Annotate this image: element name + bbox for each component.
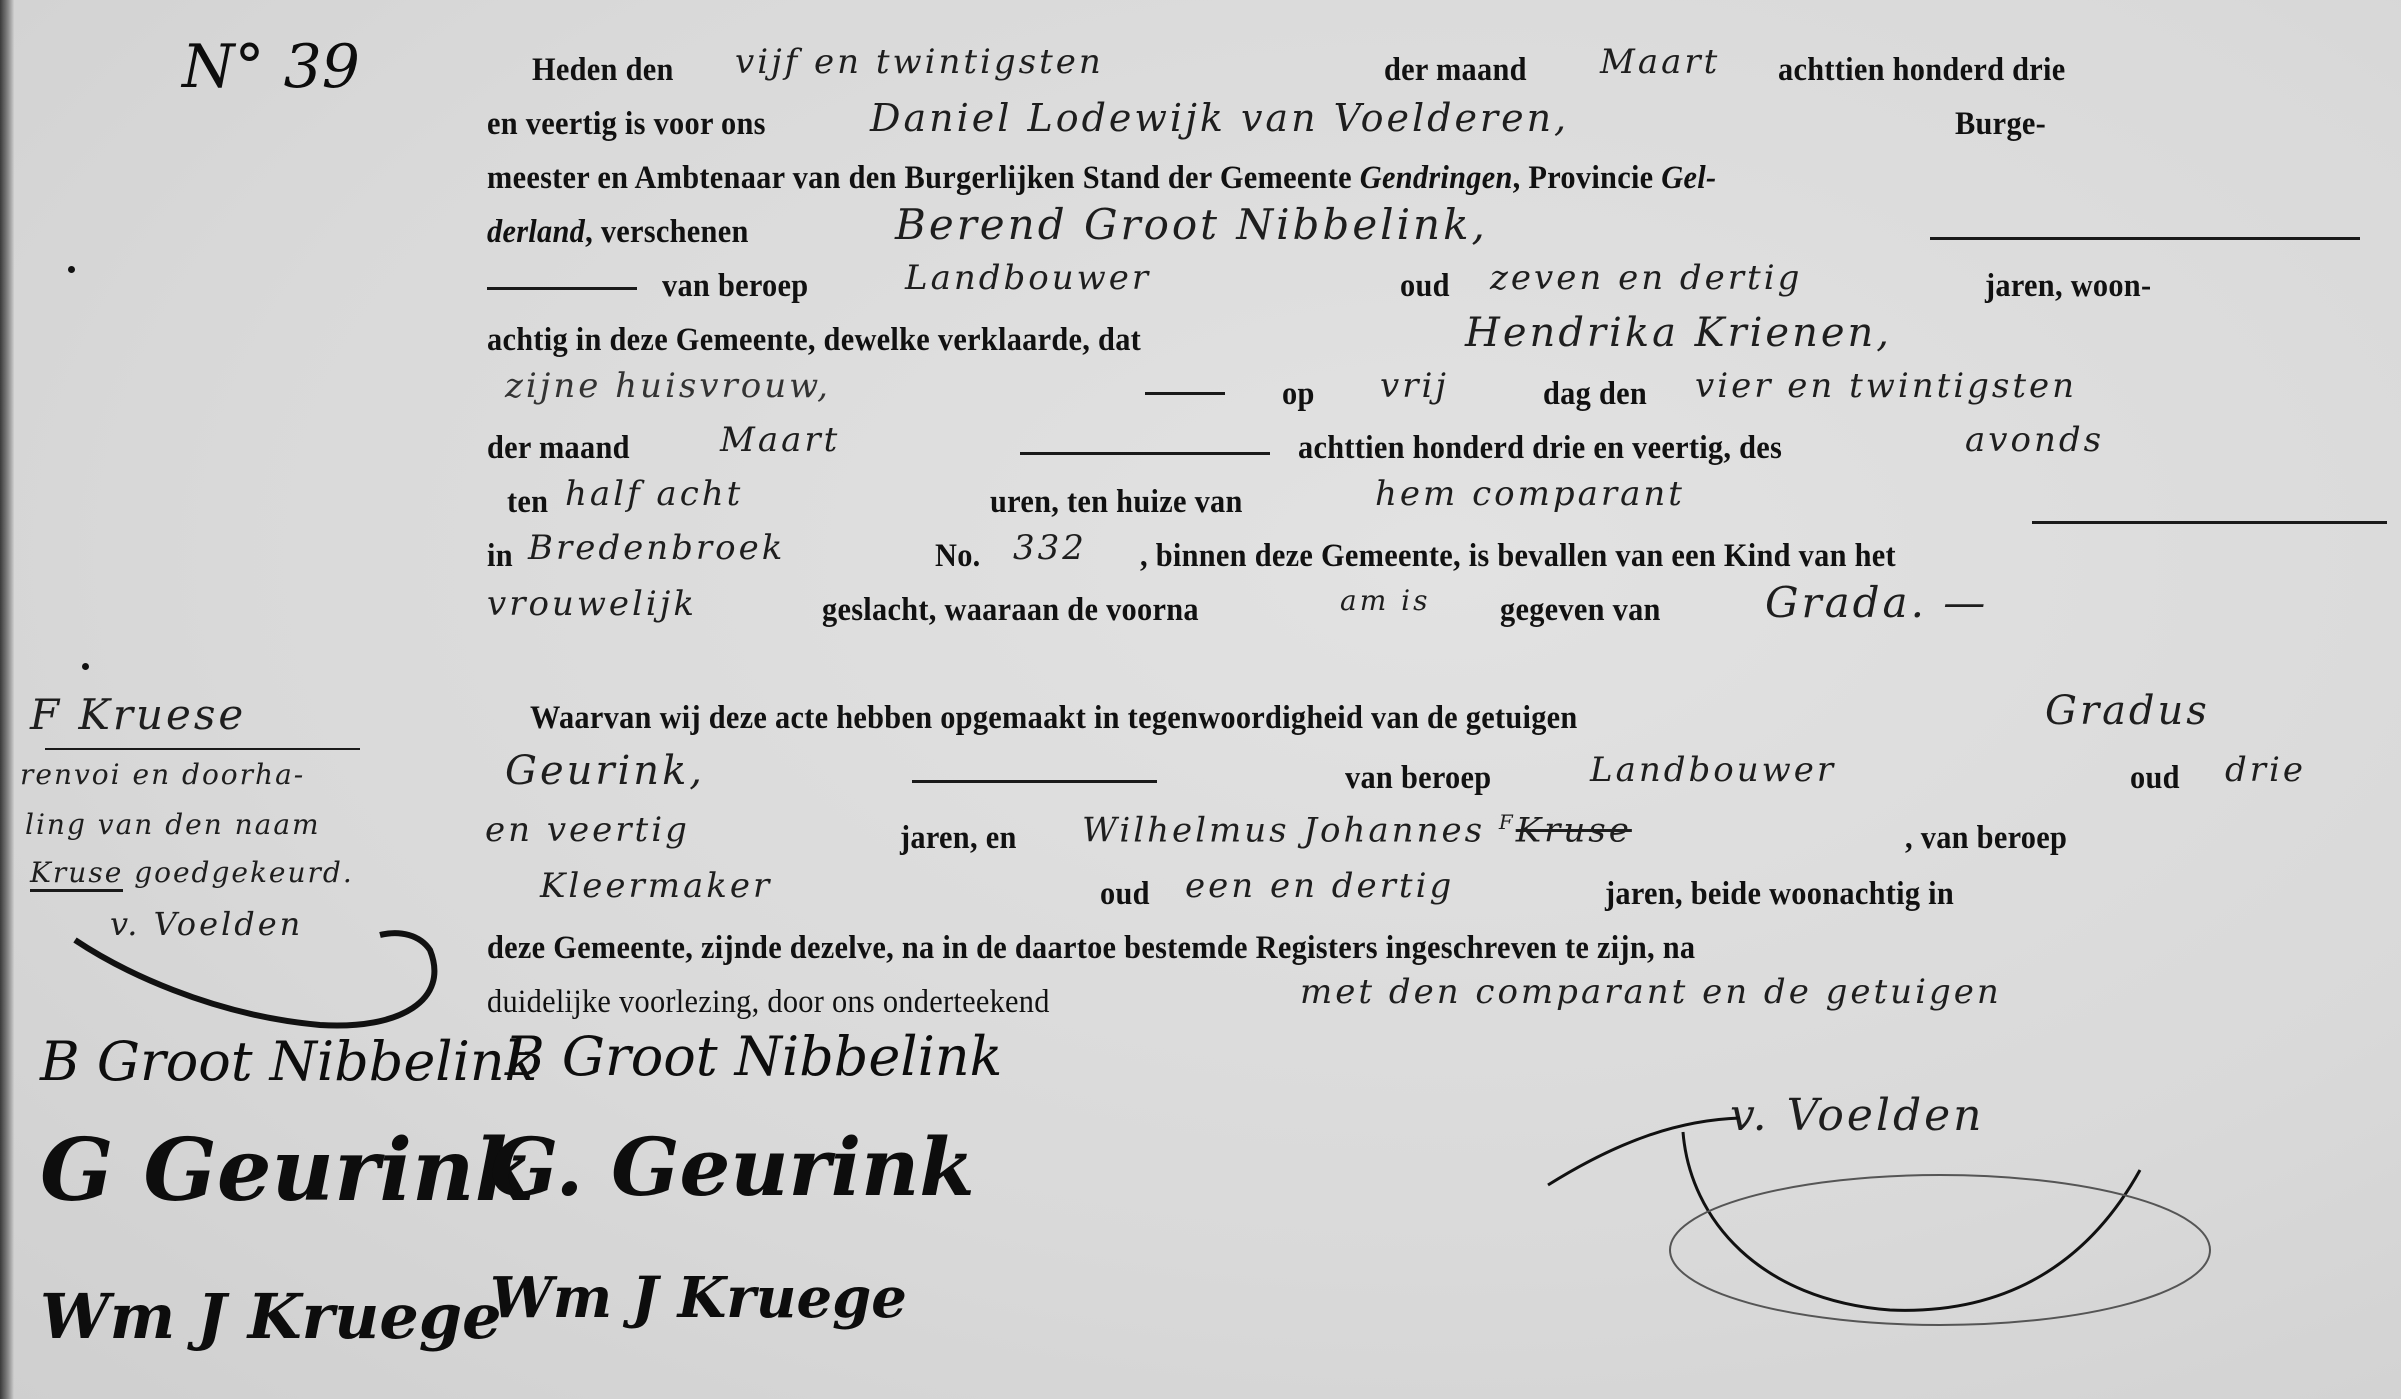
fill-line bbox=[1930, 237, 2360, 240]
record-number: N° 39 bbox=[182, 32, 360, 102]
print-text: Heden den bbox=[532, 52, 674, 89]
print-text: oud bbox=[2130, 760, 2180, 797]
margin-note-line: ling van den naam bbox=[25, 808, 321, 841]
handwritten-house-of: hem comparant bbox=[1375, 474, 1685, 514]
struck-surname: Kruse bbox=[1516, 810, 1632, 850]
margin-approval: goedgekeurd. bbox=[134, 856, 354, 889]
print-text: ten bbox=[507, 484, 548, 521]
handwritten-birth-hour: half acht bbox=[565, 474, 743, 514]
print-text: der maand bbox=[487, 430, 630, 467]
print-text: , van beroep bbox=[1905, 820, 2067, 857]
print-text: van beroep bbox=[1345, 760, 1491, 797]
print-text: der maand bbox=[1384, 52, 1527, 89]
handwritten-date-day: vijf en twintigsten bbox=[735, 42, 1104, 82]
handwritten-witness-2-name: Wilhelmus Johannes FKruse bbox=[1082, 810, 1632, 850]
witness-2-given-names: Wilhelmus Johannes bbox=[1082, 810, 1485, 850]
margin-correction: F Kruese bbox=[30, 690, 246, 739]
print-text: , Provincie bbox=[1513, 160, 1654, 196]
print-text: oud bbox=[1100, 876, 1150, 913]
province-name: derland bbox=[487, 214, 585, 250]
print-text: derland, verschenen bbox=[487, 214, 749, 251]
document-page: N° 39 Heden den vijf en twintigsten der … bbox=[0, 0, 2401, 1399]
handwritten-witness-1-surname: Geurink, bbox=[505, 748, 705, 794]
print-text: geslacht, waaraan de voorna bbox=[822, 592, 1199, 629]
handwritten-age: zeven en dertig bbox=[1490, 258, 1802, 298]
margin-struck-name: Kruse bbox=[30, 856, 123, 892]
municipality-name: Gendringen bbox=[1360, 160, 1513, 196]
print-text: deze Gemeente, zijnde dezelve, na in de … bbox=[487, 930, 1695, 967]
signature-witness-2: Wm J Kruege bbox=[490, 1265, 907, 1331]
handwritten-closing: met den comparant en de getuigen bbox=[1300, 972, 2002, 1012]
margin-note-line: Kruse goedgekeurd. bbox=[30, 856, 354, 889]
print-text: in bbox=[487, 538, 513, 575]
handwritten-sex: vrouwelijk bbox=[487, 584, 697, 624]
print-text: gegeven van bbox=[1500, 592, 1661, 629]
handwritten-registrar-name: Daniel Lodewijk van Voelderen, bbox=[870, 96, 1569, 140]
handwritten-witness-1-first-name: Gradus bbox=[2045, 688, 2210, 734]
handwritten-weekday: vrij bbox=[1380, 366, 1449, 406]
handwritten-house-number: 332 bbox=[1013, 528, 1087, 568]
print-text: jaren, en bbox=[900, 820, 1017, 857]
paper-speck bbox=[68, 266, 75, 273]
handwritten-witness-2-occupation: Kleermaker bbox=[540, 866, 772, 906]
fill-line bbox=[487, 287, 637, 290]
print-text: Burge- bbox=[1955, 106, 2046, 143]
handwritten-correction: am is bbox=[1340, 584, 1430, 617]
print-text: uren, ten huize van bbox=[990, 484, 1243, 521]
margin-correction-text: F Kruese bbox=[30, 690, 246, 739]
print-text: Waarvan wij deze acte hebben opgemaakt i… bbox=[530, 700, 1578, 737]
handwritten-month: Maart bbox=[1600, 42, 1720, 82]
handwritten-relation: zijne huisvrouw, bbox=[505, 366, 831, 406]
margin-note-line: renvoi en doorha- bbox=[20, 758, 305, 791]
print-text: dag den bbox=[1543, 376, 1647, 413]
fill-line bbox=[1145, 392, 1225, 395]
signature-witness-1: G. Geurink bbox=[490, 1120, 975, 1214]
print-text: No. bbox=[935, 538, 981, 575]
print-text: meester en Ambtenaar van den Burgerlijke… bbox=[487, 160, 1716, 197]
signature-witness-2: Wm J Kruege bbox=[40, 1280, 502, 1353]
print-text: meester en Ambtenaar van den Burgerlijke… bbox=[487, 160, 1352, 196]
handwritten-declarant-name: Berend Groot Nibbelink, bbox=[895, 200, 1488, 249]
signature-declarant: B Groot Nibbelink bbox=[505, 1025, 1002, 1088]
handwritten-child-name: Grada. — bbox=[1765, 578, 1988, 627]
print-text: van beroep bbox=[662, 268, 808, 305]
print-text: op bbox=[1282, 376, 1315, 413]
province-name: Gel- bbox=[1661, 160, 1716, 196]
handwritten-place: Bredenbroek bbox=[528, 528, 785, 568]
handwritten-witness-1-age-cont: en veertig bbox=[485, 810, 690, 850]
fill-line bbox=[1020, 452, 1270, 455]
print-text: achttien honderd drie en veertig, des bbox=[1298, 430, 1782, 467]
margin-flourish-icon bbox=[60, 930, 460, 1040]
margin-underline bbox=[45, 748, 360, 750]
page-edge-shadow bbox=[0, 0, 14, 1399]
signature-witness-1: G Geurink bbox=[40, 1120, 534, 1221]
handwritten-occupation: Landbouwer bbox=[905, 258, 1151, 298]
handwritten-time-of-day: avonds bbox=[1965, 420, 2104, 460]
paper-speck bbox=[82, 663, 89, 670]
handwritten-birth-day: vier en twintigsten bbox=[1695, 366, 2077, 406]
print-text: jaren, beide woonachtig in bbox=[1605, 876, 1954, 913]
handwritten-birth-month: Maart bbox=[720, 420, 840, 460]
handwritten-witness-1-age: drie bbox=[2225, 750, 2306, 790]
registrar-flourish-icon bbox=[1540, 1100, 2240, 1399]
print-text: duidelijke voorlezing, door ons ondertee… bbox=[487, 984, 1050, 1021]
print-text: achtig in deze Gemeente, dewelke verklaa… bbox=[487, 322, 1141, 359]
handwritten-witness-2-age: een en dertig bbox=[1185, 866, 1454, 906]
fill-line bbox=[2032, 521, 2387, 524]
print-text: , binnen deze Gemeente, is bevallen van … bbox=[1140, 538, 1896, 575]
print-text: , verschenen bbox=[585, 214, 749, 250]
handwritten-witness-1-occupation: Landbouwer bbox=[1590, 750, 1836, 790]
fill-line bbox=[912, 780, 1157, 783]
signature-declarant: B Groot Nibbelink bbox=[40, 1030, 537, 1093]
print-text: jaren, woon- bbox=[1985, 268, 2151, 305]
print-text: oud bbox=[1400, 268, 1450, 305]
handwritten-mother-name: Hendrika Krienen, bbox=[1465, 310, 1892, 356]
print-text: achttien honderd drie bbox=[1778, 52, 2065, 89]
print-text: en veertig is voor ons bbox=[487, 106, 766, 143]
